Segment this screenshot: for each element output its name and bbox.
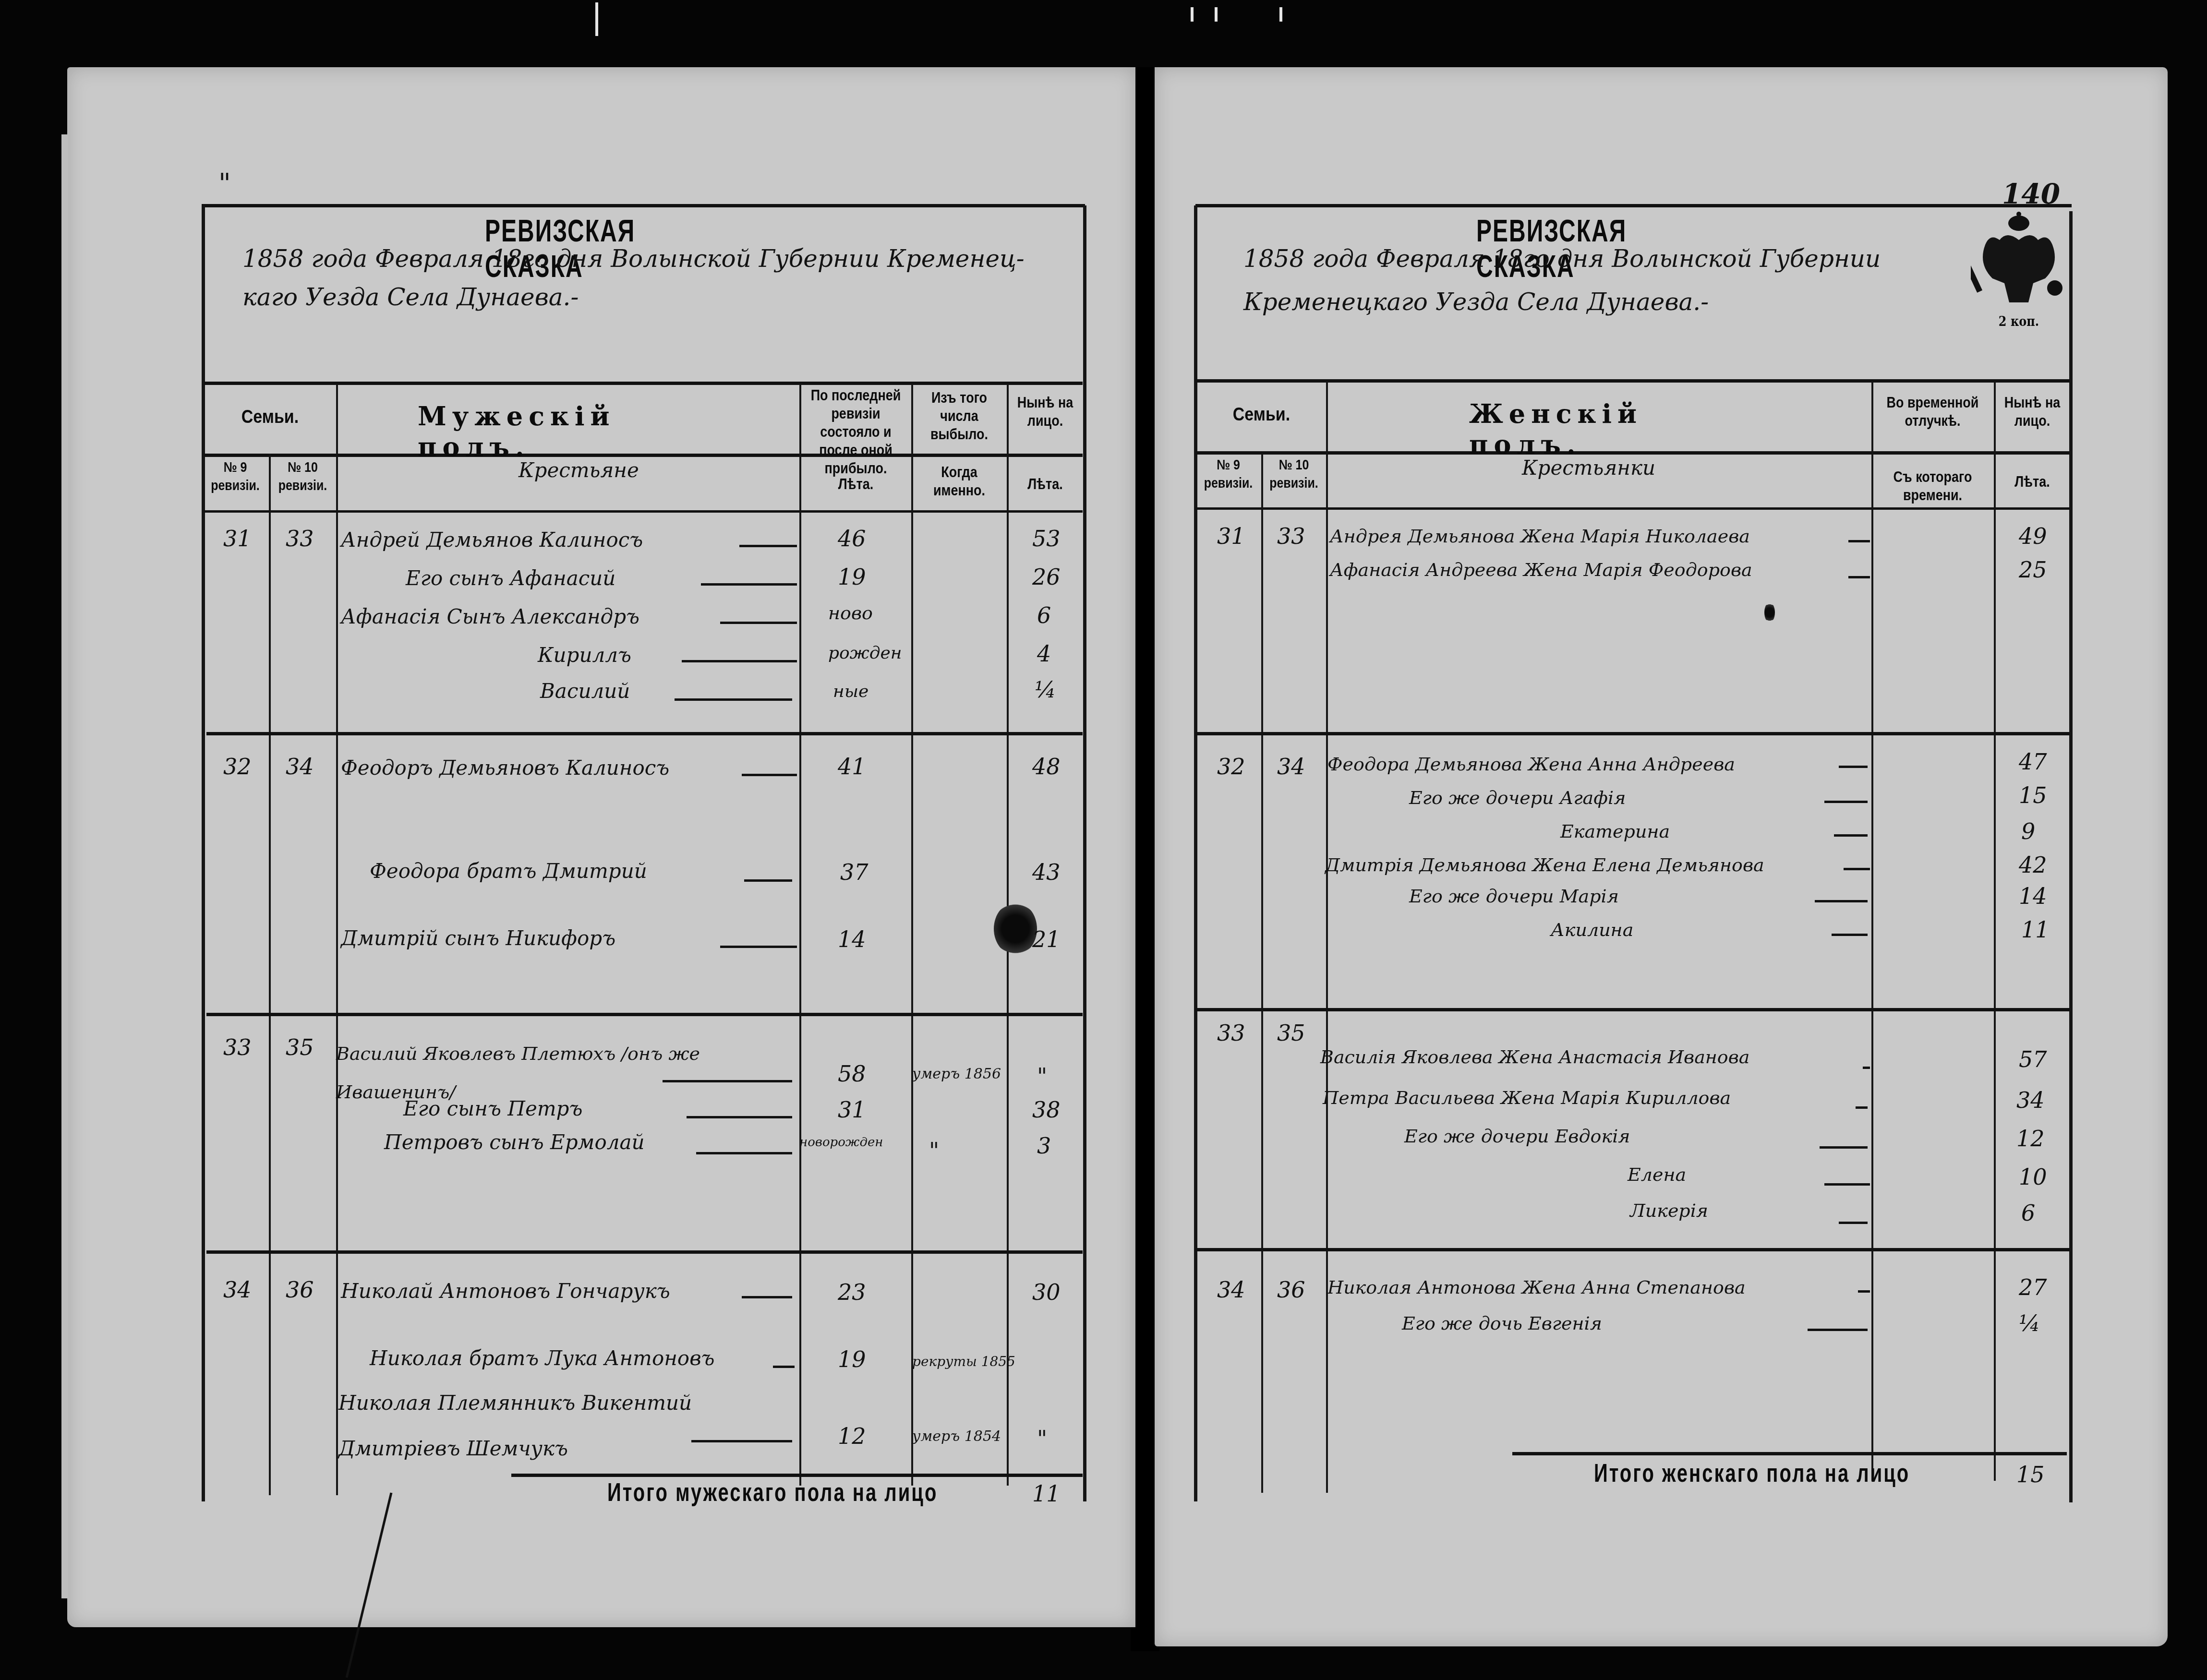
top-rule bbox=[1195, 204, 2072, 207]
person-name: Дмитрiя Демьянова Жена Елена Демьянова bbox=[1325, 854, 1764, 876]
frame-left bbox=[202, 205, 205, 1501]
col-rev9: № 9 ревизiи. bbox=[204, 458, 266, 495]
person-name: Его же дочери Агафiя bbox=[1409, 787, 1626, 808]
age-last: 12 bbox=[838, 1423, 866, 1449]
age-now: 6 bbox=[2021, 1200, 2035, 1226]
age-last: 19 bbox=[838, 1346, 866, 1372]
person-name: Николай Антоновъ Гончарукъ bbox=[341, 1279, 670, 1303]
person-name: Феодоръ Демьяновъ Калиносъ bbox=[341, 756, 669, 780]
left-note: рекруты 1855 bbox=[912, 1354, 1015, 1369]
family-separator bbox=[206, 732, 1083, 735]
age-last: новорожден bbox=[799, 1135, 883, 1150]
age-now: 10 bbox=[2019, 1164, 2047, 1190]
col-since-last-revision: По последней ревизiи состояло и после он… bbox=[802, 386, 910, 478]
person-name: Ликерiя bbox=[1630, 1200, 1708, 1221]
rev9-number: 33 bbox=[223, 1034, 252, 1060]
fill-dash bbox=[1839, 1222, 1868, 1224]
rev9-number: 33 bbox=[1217, 1020, 1245, 1046]
col-rev9: № 9 ревизiи. bbox=[1196, 456, 1260, 492]
col-temporary-absence: Во временной отлучкѣ. bbox=[1874, 394, 1991, 430]
fill-dash bbox=[742, 1296, 792, 1298]
age-now: " bbox=[1037, 1063, 1047, 1089]
age-last: 31 bbox=[838, 1097, 866, 1123]
film-edge-mark bbox=[1279, 7, 1282, 22]
age-now: 30 bbox=[1032, 1279, 1061, 1305]
fill-dash bbox=[1815, 900, 1868, 902]
rev9-number: 34 bbox=[223, 1277, 252, 1303]
fill-dash bbox=[1848, 540, 1870, 542]
col-sep-names-years bbox=[799, 384, 801, 1486]
stamp-value: 2 коп. bbox=[1988, 312, 2050, 330]
ink-blot bbox=[994, 902, 1037, 955]
age-last: 23 bbox=[838, 1279, 866, 1305]
fill-dash bbox=[701, 583, 797, 586]
fill-dash bbox=[744, 879, 792, 882]
person-name: Петра Васильева Жена Марiя Кириллова bbox=[1323, 1087, 1731, 1108]
age-last: ные bbox=[833, 682, 868, 701]
person-name: Его же дочери Евдокiя bbox=[1404, 1126, 1630, 1147]
fill-dash bbox=[1820, 1146, 1868, 1149]
left-note: " bbox=[929, 1138, 939, 1164]
person-name: Афанасiя Андреева Жена Марiя Феодорова bbox=[1330, 559, 1752, 580]
col-sep-names-absence bbox=[1871, 382, 1873, 1481]
left-note: умеръ 1856 bbox=[912, 1066, 1001, 1082]
age-now: ¼ bbox=[1035, 677, 1056, 703]
age-now: 9 bbox=[2021, 818, 2035, 844]
age-last: 14 bbox=[838, 926, 866, 952]
rev10-number: 35 bbox=[1277, 1020, 1305, 1046]
double-headed-eagle-emblem bbox=[1971, 211, 2067, 312]
header-line-2: каго Уезда Села Дунаева.- bbox=[242, 283, 579, 311]
age-now: 49 bbox=[2019, 523, 2047, 549]
total-rule bbox=[1512, 1452, 2067, 1455]
col-families: Семьи. bbox=[1198, 406, 1325, 424]
rev9-number: 31 bbox=[1217, 523, 1245, 549]
person-name: Его сынъ Петръ bbox=[403, 1097, 582, 1120]
margin-mark: " bbox=[218, 168, 231, 199]
fill-dash bbox=[1839, 766, 1868, 768]
rev10-number: 33 bbox=[1277, 523, 1305, 549]
fill-dash bbox=[720, 622, 797, 624]
rev9-number: 34 bbox=[1217, 1277, 1245, 1303]
age-now: 21 bbox=[1032, 926, 1061, 952]
person-name: Николая братъ Лука Антоновъ bbox=[370, 1346, 715, 1370]
person-name: Николая Племянникъ Викентий Дмитрiевъ Ше… bbox=[338, 1380, 771, 1471]
fill-dash bbox=[742, 774, 797, 776]
age-now: 47 bbox=[2019, 749, 2047, 775]
col-families: Семьи. bbox=[206, 408, 334, 426]
col-sep-rev9-rev10 bbox=[269, 454, 271, 1495]
person-name: Елена bbox=[1628, 1164, 1686, 1185]
rev9-number: 32 bbox=[1217, 754, 1245, 780]
age-now: 15 bbox=[2019, 782, 2047, 808]
top-rule bbox=[202, 204, 1085, 207]
frame-right bbox=[1083, 205, 1086, 1501]
person-name: Афанасiя Сынъ Александръ bbox=[341, 605, 639, 628]
ink-blot bbox=[1764, 602, 1775, 623]
total-label: Итого мужескаго пола на лицо bbox=[607, 1478, 938, 1508]
age-now: 42 bbox=[2019, 852, 2047, 878]
header-line-2: Кременецкаго Уезда Села Дунаева.- bbox=[1243, 288, 1709, 316]
film-edge-mark bbox=[1191, 7, 1194, 22]
section-title: Мужескiй полъ. bbox=[418, 401, 615, 462]
rev10-number: 35 bbox=[286, 1034, 314, 1060]
age-last: ново bbox=[828, 602, 873, 624]
col-sep-rev9-rev10 bbox=[1261, 454, 1263, 1493]
fill-dash bbox=[1858, 1290, 1870, 1293]
family-separator bbox=[1195, 732, 2069, 735]
left-note: умеръ 1854 bbox=[912, 1428, 1001, 1445]
age-now: ¼ bbox=[2019, 1310, 2040, 1336]
col-now-present: Нынѣ на лицо. bbox=[1009, 394, 1081, 430]
person-name: Кириллъ bbox=[538, 643, 631, 667]
col-estate: Крестьянки bbox=[1522, 456, 1655, 480]
fill-dash bbox=[1808, 1329, 1868, 1331]
pen-stroke bbox=[336, 1488, 394, 1680]
age-now: 14 bbox=[2019, 883, 2047, 909]
age-now: 11 bbox=[2021, 917, 2050, 943]
rev10-number: 36 bbox=[286, 1277, 314, 1303]
person-name: Андрея Демьянова Жена Марiя Николаева bbox=[1330, 526, 1750, 547]
film-edge-mark bbox=[595, 2, 598, 36]
age-now: 27 bbox=[2019, 1274, 2047, 1300]
frame-left bbox=[1194, 205, 1197, 1501]
person-name: Василiя Яковлева Жена Анастасiя Иванова bbox=[1320, 1046, 1749, 1068]
age-now: 3 bbox=[1037, 1133, 1051, 1159]
person-name: Андрей Демьянов Калиносъ bbox=[341, 528, 643, 552]
header-line-1: 1858 года Февраля 18го дня Волынской Губ… bbox=[1243, 245, 1881, 273]
col-when: Когда именно. bbox=[914, 463, 1005, 500]
age-now: 53 bbox=[1032, 526, 1061, 552]
age-last: 58 bbox=[838, 1061, 866, 1087]
person-name: Николая Антонова Жена Анна Степанова bbox=[1327, 1277, 1746, 1298]
fill-dash bbox=[1863, 1067, 1870, 1069]
age-last: 19 bbox=[838, 564, 866, 590]
fill-dash bbox=[691, 1440, 792, 1442]
fill-dash bbox=[773, 1366, 795, 1368]
col-years-now: Лѣта. bbox=[1009, 475, 1081, 493]
fill-dash bbox=[675, 698, 792, 701]
fill-dash bbox=[720, 946, 797, 948]
age-now: 4 bbox=[1037, 641, 1051, 667]
fill-dash bbox=[1824, 801, 1868, 803]
person-name: Василий bbox=[540, 679, 630, 703]
family-separator bbox=[1195, 1248, 2069, 1251]
age-now: 57 bbox=[2019, 1046, 2047, 1072]
age-last: 37 bbox=[840, 859, 868, 885]
col-now-present: Нынѣ на лицо. bbox=[1996, 394, 2068, 430]
film-edge-mark bbox=[1215, 7, 1218, 22]
age-last: 46 bbox=[838, 526, 866, 552]
family-separator bbox=[206, 1013, 1083, 1016]
person-name: Феодора Демьянова Жена Анна Андреева bbox=[1327, 754, 1735, 775]
person-name: Петровъ сынъ Ермолай bbox=[384, 1130, 645, 1154]
person-name: Екатерина bbox=[1560, 821, 1670, 842]
age-now: 43 bbox=[1032, 859, 1061, 885]
age-now: " bbox=[1037, 1426, 1047, 1452]
section-title: Женскiй полъ. bbox=[1469, 398, 1642, 460]
col-sep-years-left bbox=[911, 384, 913, 1486]
header-line-1: 1858 года Февраля 18го дня Волынской Губ… bbox=[242, 245, 1025, 273]
age-now: 34 bbox=[2016, 1087, 2045, 1113]
age-now: 48 bbox=[1032, 754, 1061, 780]
rev9-number: 32 bbox=[223, 754, 252, 780]
rev10-number: 34 bbox=[286, 754, 314, 780]
family-separator bbox=[1195, 1008, 2069, 1011]
person-name: Его же дочь Евгенiя bbox=[1402, 1313, 1602, 1334]
col-rev10: № 10 ревизiи. bbox=[1263, 456, 1325, 492]
fill-dash bbox=[1832, 934, 1868, 936]
rev9-number: 31 bbox=[223, 526, 252, 552]
col-sep-families-names bbox=[336, 384, 338, 1495]
age-now: 38 bbox=[1032, 1097, 1061, 1123]
col-years: Лѣта. bbox=[802, 475, 910, 493]
fill-dash bbox=[1834, 834, 1868, 837]
fill-dash bbox=[687, 1116, 792, 1118]
rev10-number: 36 bbox=[1277, 1277, 1305, 1303]
frame-right bbox=[2069, 211, 2073, 1502]
total-rule bbox=[511, 1474, 1083, 1477]
col-sep-families-names bbox=[1326, 382, 1328, 1493]
rev10-number: 34 bbox=[1277, 754, 1305, 780]
fill-dash bbox=[682, 660, 797, 662]
age-now: 25 bbox=[2019, 557, 2047, 583]
col-rev10: № 10 ревизiи. bbox=[270, 458, 335, 495]
col-of-them-left: Изъ того числа выбыло. bbox=[914, 389, 1005, 444]
person-name: Феодора братъ Дмитрий bbox=[370, 859, 647, 883]
col-sep-absence-now bbox=[1994, 382, 1996, 1481]
fill-dash bbox=[663, 1080, 792, 1082]
rev10-number: 33 bbox=[286, 526, 314, 552]
person-name: Акилина bbox=[1551, 919, 1633, 940]
col-estate: Крестьяне bbox=[519, 458, 639, 482]
person-name: Дмитрiй сынъ Никифоръ bbox=[341, 926, 615, 950]
fill-dash bbox=[1856, 1106, 1868, 1109]
age-now: 6 bbox=[1037, 602, 1051, 628]
fill-dash bbox=[696, 1152, 792, 1154]
person-name: Его же дочери Марiя bbox=[1409, 886, 1619, 907]
total-value: 15 bbox=[2016, 1462, 2045, 1488]
age-now: 26 bbox=[1032, 564, 1061, 590]
col-years: Лѣта. bbox=[1996, 473, 2068, 491]
family-separator bbox=[206, 1250, 1083, 1254]
age-last: 41 bbox=[838, 754, 866, 780]
fill-dash bbox=[1848, 576, 1870, 578]
fill-dash bbox=[1824, 1183, 1870, 1186]
fill-dash bbox=[1844, 868, 1870, 870]
col-since-when: Съ котораго времени. bbox=[1874, 468, 1991, 504]
total-label: Итого женскаго пола на лицо bbox=[1594, 1459, 1910, 1488]
fill-dash bbox=[739, 545, 797, 547]
total-value: 11 bbox=[1032, 1481, 1061, 1507]
age-now: 12 bbox=[2016, 1126, 2045, 1152]
person-name: Его сынъ Афанасий bbox=[406, 566, 615, 590]
age-last: рожден bbox=[828, 643, 902, 663]
